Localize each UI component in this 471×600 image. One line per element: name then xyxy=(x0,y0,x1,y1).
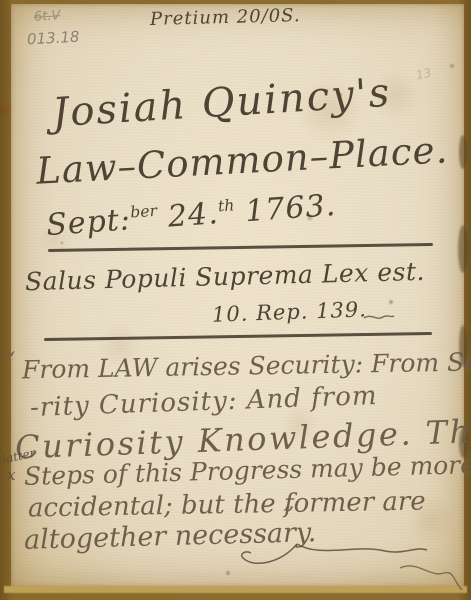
page-edge-tear xyxy=(458,225,468,273)
pretium-inscription: Pretium 20/0S. xyxy=(150,5,301,30)
open-quote-mark: “ xyxy=(5,347,15,371)
insertion-caret: x xyxy=(7,466,15,484)
date-year: 1763. xyxy=(244,188,337,229)
date-month: Sept: xyxy=(45,202,132,243)
pencil-shelfmark: 013.18 xyxy=(27,28,80,49)
page-edge-tear xyxy=(459,135,467,169)
book-scan: 6t.V 013.18 Pretium 20/0S. 13 Josiah Qui… xyxy=(0,0,471,600)
date-month-superscript: ber xyxy=(130,202,158,222)
pencil-mark-struck: 6t.V xyxy=(34,8,61,25)
date-day: 24. xyxy=(167,196,220,234)
citation-flourish xyxy=(362,310,396,324)
date-day-superscript: th xyxy=(217,196,235,215)
corner-squiggle xyxy=(396,560,466,594)
